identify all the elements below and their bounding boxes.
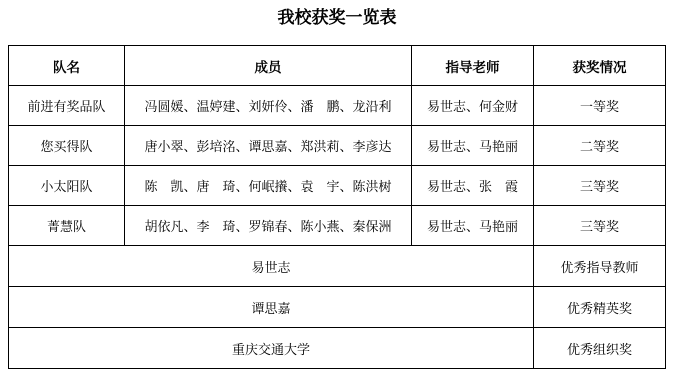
special-award-row: 重庆交通大学 优秀组织奖 [9, 328, 666, 369]
special-award-name: 优秀组织奖 [534, 328, 666, 369]
table-row: 菁慧队 胡依凡、李 琦、罗锦春、陈小燕、秦保洲 易世志、马艳丽 三等奖 [9, 206, 666, 246]
team-award: 三等奖 [534, 166, 666, 206]
team-advisors: 易世志、何金财 [412, 86, 534, 126]
page-title: 我校获奖一览表 [0, 6, 674, 30]
special-award-name: 优秀指导教师 [534, 246, 666, 287]
team-name: 您买得队 [9, 126, 125, 166]
team-advisors: 易世志、马艳丽 [412, 206, 534, 246]
team-advisors: 易世志、马艳丽 [412, 126, 534, 166]
table-row: 小太阳队 陈 凯、唐 琦、何岷攁、袁 宇、陈洪树 易世志、张 霞 三等奖 [9, 166, 666, 206]
team-members: 陈 凯、唐 琦、何岷攁、袁 宇、陈洪树 [125, 166, 412, 206]
team-award: 二等奖 [534, 126, 666, 166]
header-members: 成员 [125, 46, 412, 86]
special-award-recipient: 谭思嘉 [9, 287, 534, 328]
special-award-recipient: 重庆交通大学 [9, 328, 534, 369]
team-name: 菁慧队 [9, 206, 125, 246]
table-row: 您买得队 唐小翠、彭培洺、谭思嘉、郑洪莉、李彦达 易世志、马艳丽 二等奖 [9, 126, 666, 166]
header-award: 获奖情况 [534, 46, 666, 86]
awards-table: 队名 成员 指导老师 获奖情况 前进有奖品队 冯圆媛、温婷建、刘妍伶、潘 鹏、龙… [8, 45, 666, 369]
team-name: 小太阳队 [9, 166, 125, 206]
header-advisors: 指导老师 [412, 46, 534, 86]
header-row: 队名 成员 指导老师 获奖情况 [9, 46, 666, 86]
team-advisors: 易世志、张 霞 [412, 166, 534, 206]
team-award: 三等奖 [534, 206, 666, 246]
team-award: 一等奖 [534, 86, 666, 126]
team-members: 胡依凡、李 琦、罗锦春、陈小燕、秦保洲 [125, 206, 412, 246]
special-award-recipient: 易世志 [9, 246, 534, 287]
team-members: 冯圆媛、温婷建、刘妍伶、潘 鹏、龙沿利 [125, 86, 412, 126]
special-award-row: 谭思嘉 优秀精英奖 [9, 287, 666, 328]
team-members: 唐小翠、彭培洺、谭思嘉、郑洪莉、李彦达 [125, 126, 412, 166]
special-award-row: 易世志 优秀指导教师 [9, 246, 666, 287]
header-team: 队名 [9, 46, 125, 86]
table-row: 前进有奖品队 冯圆媛、温婷建、刘妍伶、潘 鹏、龙沿利 易世志、何金财 一等奖 [9, 86, 666, 126]
team-name: 前进有奖品队 [9, 86, 125, 126]
special-award-name: 优秀精英奖 [534, 287, 666, 328]
